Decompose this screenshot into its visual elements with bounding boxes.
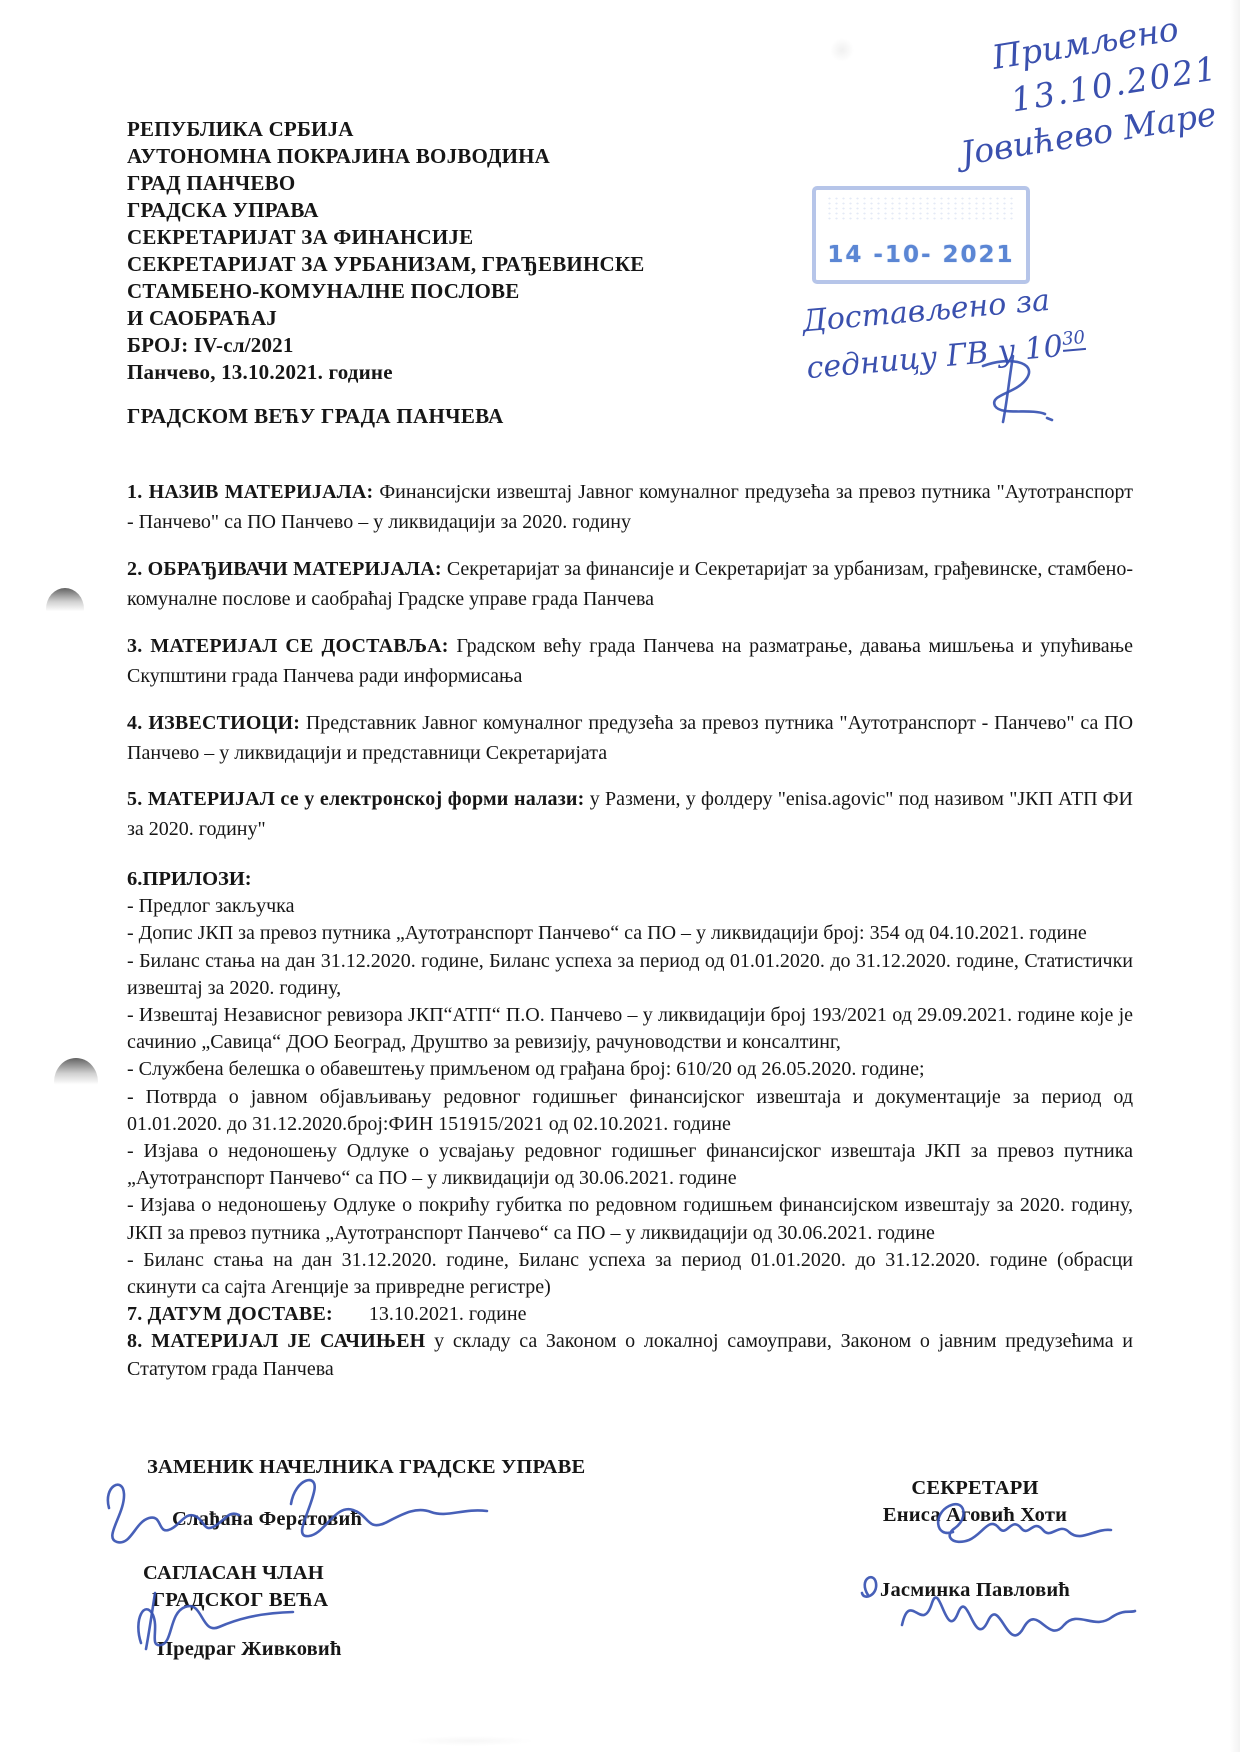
attachment-item-5: - Службена белешка о обавештењу примљено… <box>127 1056 1133 1083</box>
section-2-obradjivaci: 2. ОБРАЂИВАЧИ МАТЕРИЈАЛА: Секретаријат з… <box>127 554 1133 614</box>
attachment-item-2: - Допис ЈКП за превоз путника „Аутотранс… <box>127 920 1133 947</box>
letterhead: РЕПУБЛИКА СРБИЈА АУТОНОМНА ПОКРАЈИНА ВОЈ… <box>127 116 645 386</box>
scan-edge-shading <box>1230 0 1240 1752</box>
recipient-heading: ГРАДСКОМ ВЕЋУ ГРАДА ПАНЧЕВА <box>127 404 504 429</box>
section-7-text: 13.10.2021. године <box>333 1303 527 1325</box>
attachment-item-7: - Изјава о недоношењу Одлуке о усвајању … <box>127 1138 1133 1192</box>
attachment-item-3: - Биланс стања на дан 31.12.2020. године… <box>127 948 1133 1002</box>
signature-jasminka-pavlovic <box>850 1565 1140 1665</box>
scan-smudge-bottom <box>405 1736 535 1746</box>
signature-predrag-zivkovic <box>125 1585 305 1655</box>
section-8-sacinjen: 8. МАТЕРИЈАЛ ЈЕ САЧИЊЕН у складу са Зако… <box>127 1328 1133 1382</box>
stamp-date: 14 -10- 2021 <box>816 242 1026 268</box>
section-3-label: 3. МАТЕРИЈАЛ СЕ ДОСТАВЉА: <box>127 635 449 657</box>
stamp-noise <box>826 196 1016 222</box>
attachment-item-8: - Изјава о недоношењу Одлуке о покрићу г… <box>127 1192 1133 1246</box>
scanned-document-page: РЕПУБЛИКА СРБИЈА АУТОНОМНА ПОКРАЈИНА ВОЈ… <box>0 0 1240 1752</box>
punch-hole-shadow-top <box>46 588 84 618</box>
section-5-elektronska-forma: 5. МАТЕРИЈАЛ се у електронској форми нал… <box>127 784 1133 844</box>
delivery-time-superscript: 30 <box>1061 327 1086 352</box>
section-1-label: 1. НАЗИВ МАТЕРИЈАЛА: <box>127 481 373 503</box>
signature-sladjana-feratovic <box>95 1470 495 1570</box>
attachment-item-1: - Предлог закључка <box>127 893 1133 920</box>
section-8-label: 8. МАТЕРИЈАЛ ЈЕ САЧИЊЕН <box>127 1330 425 1352</box>
attachment-item-4: - Извештај Независног ревизора ЈКП“АТП“ … <box>127 1002 1133 1056</box>
handwritten-received-note: Примљено 13.10.2021 Јовићево Маре <box>943 0 1240 176</box>
date-stamp: 14 -10- 2021 <box>812 186 1030 284</box>
signature-enisa-agovic-hoti <box>925 1488 1115 1563</box>
section-3-dostavlja: 3. МАТЕРИЈАЛ СЕ ДОСТАВЉА: Градском већу … <box>127 631 1133 691</box>
section-7-datum-dostave: 7. ДАТУМ ДОСТАВЕ:13.10.2021. године <box>127 1301 1133 1328</box>
scan-smudge-top <box>830 38 854 62</box>
section-5-label: 5. МАТЕРИЈАЛ се у електронској форми нал… <box>127 788 585 810</box>
section-7-label: 7. ДАТУМ ДОСТАВЕ: <box>127 1303 333 1325</box>
attachment-item-9: - Биланс стања на дан 31.12.2020. године… <box>127 1247 1133 1301</box>
attachments-title: 6.ПРИЛОЗИ: <box>127 866 1133 893</box>
attachment-item-6: - Потврда о јавном објављивању редовног … <box>127 1084 1133 1138</box>
section-4-label: 4. ИЗВЕСТИОЦИ: <box>127 712 300 734</box>
punch-hole-shadow-bottom <box>54 1058 98 1092</box>
section-1-naziv-materijala: 1. НАЗИВ МАТЕРИЈАЛА: Финансијски извешта… <box>127 477 1133 537</box>
section-2-label: 2. ОБРАЂИВАЧИ МАТЕРИЈАЛА: <box>127 558 442 580</box>
attachments-block: 6.ПРИЛОЗИ: - Предлог закључка - Допис ЈК… <box>127 866 1133 1383</box>
section-4-izvestioci: 4. ИЗВЕСТИОЦИ: Представник Јавног комуна… <box>127 708 1133 768</box>
paraph-initials-signature <box>965 352 1055 427</box>
